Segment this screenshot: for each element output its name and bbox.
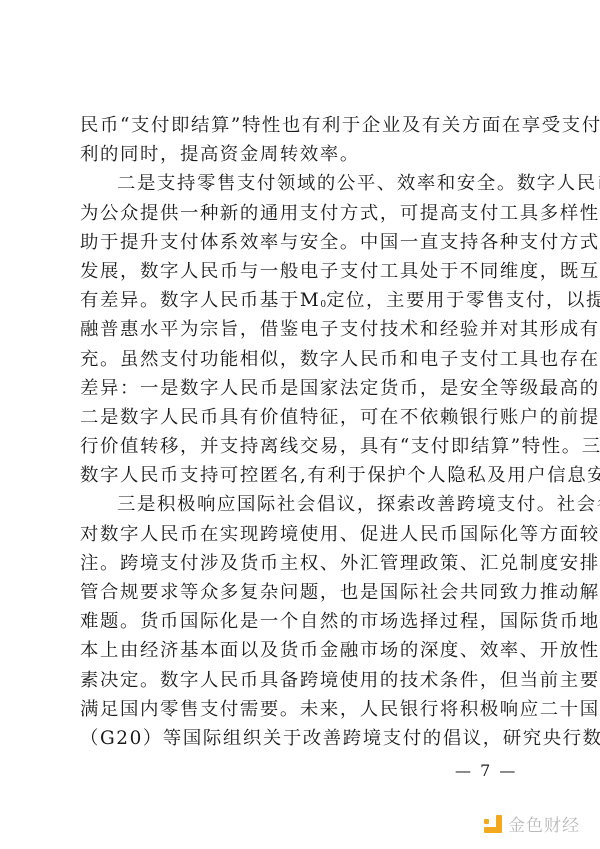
text-line: 有差异。数字人民币基于M0定位，主要用于零售支付，以提升金	[80, 286, 526, 315]
text-line: 充。虽然支付功能相似，数字人民币和电子支付工具也存在一定	[80, 345, 526, 374]
text-line: 本上由经济基本面以及货币金融市场的深度、效率、开放性等因	[80, 636, 526, 665]
text-line: 利的同时，提高资金周转效率。	[80, 140, 526, 169]
text-line: 二是数字人民币具有价值特征，可在不依赖银行账户的前提下进	[80, 403, 526, 432]
text-line: 素决定。数字人民币具备跨境使用的技术条件，但当前主要用于	[80, 666, 526, 695]
text-line: 对数字人民币在实现跨境使用、促进人民币国际化等方面较为关	[80, 520, 526, 549]
page-number: — 7 —	[455, 761, 517, 780]
document-page: 民币“支付即结算”特性也有利于企业及有关方面在享受支付便 利的同时，提高资金周转…	[0, 0, 600, 849]
text-line: 满足国内零售支付需要。未来，人民银行将积极响应二十国集团	[80, 695, 526, 724]
jinse-logo-icon	[484, 815, 502, 833]
watermark-text: 金色财经	[508, 811, 580, 836]
text-line: 数字人民币支持可控匿名,有利于保护个人隐私及用户信息安全。	[80, 461, 526, 490]
paragraph-start-line: 二是支持零售支付领域的公平、效率和安全。数字人民币将	[80, 169, 526, 198]
paragraph-start-line: 三是积极响应国际社会倡议，探索改善跨境支付。社会各界	[80, 490, 526, 519]
text-segment: 定位，主要用于零售支付，以提升金	[326, 290, 600, 311]
text-segment: 有差异。数字人民币基于M	[80, 290, 320, 311]
text-line: 注。跨境支付涉及货币主权、外汇管理政策、汇兑制度安排和监	[80, 549, 526, 578]
text-line: 难题。货币国际化是一个自然的市场选择过程，国际货币地位根	[80, 607, 526, 636]
text-line: 发展，数字人民币与一般电子支付工具处于不同维度，既互补也	[80, 257, 526, 286]
text-line: 民币“支付即结算”特性也有利于企业及有关方面在享受支付便	[80, 111, 526, 140]
text-line: （G20）等国际组织关于改善跨境支付的倡议，研究央行数字货币	[80, 724, 526, 753]
text-line: 为公众提供一种新的通用支付方式，可提高支付工具多样性，有	[80, 199, 526, 228]
text-line: 差异：一是数字人民币是国家法定货币，是安全等级最高的资产.	[80, 374, 526, 403]
text-line: 行价值转移，并支持离线交易，具有“支付即结算”特性。三是	[80, 432, 526, 461]
text-line: 管合规要求等众多复杂问题，也是国际社会共同致力推动解决的	[80, 578, 526, 607]
watermark: 金色财经	[484, 811, 580, 836]
text-line: 融普惠水平为宗旨，借鉴电子支付技术和经验并对其形成有益补	[80, 315, 526, 344]
body-text: 民币“支付即结算”特性也有利于企业及有关方面在享受支付便 利的同时，提高资金周转…	[80, 111, 526, 753]
text-line: 助于提升支付体系效率与安全。中国一直支持各种支付方式协调	[80, 228, 526, 257]
